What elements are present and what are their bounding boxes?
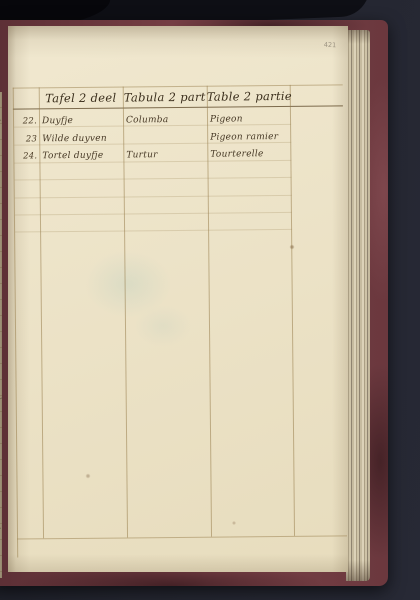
cell-french: Pigeon ramier (210, 131, 278, 144)
photo-background: 421 Tafel 2 deel Tabula 2 part (0, 0, 420, 600)
handwriting-fragment (0, 521, 1, 531)
cell-dutch: Tortel duyfje (42, 150, 103, 163)
handwriting-fragment (0, 391, 2, 401)
row-number: 23 (16, 133, 37, 145)
grid-hline-bottom (17, 535, 347, 539)
manuscript-page: 421 Tafel 2 deel Tabula 2 part (8, 26, 348, 572)
col-header-french: Table 2 partie (207, 87, 290, 106)
book-cover: 421 Tafel 2 deel Tabula 2 part (0, 20, 388, 586)
cell-dutch: Wilde duyven (42, 133, 107, 146)
cell-latin: Columba (126, 114, 169, 126)
handwriting-fragment (0, 113, 1, 123)
ruled-line (15, 195, 292, 199)
facing-page-edge (0, 92, 2, 578)
row-number: 24. (16, 150, 37, 162)
cell-dutch: Duyfje (42, 115, 73, 127)
cell-french: Pigeon (210, 113, 243, 125)
ruled-line (15, 212, 292, 216)
grid-vline-4 (290, 85, 295, 536)
cell-french: Tourterelle (210, 148, 263, 161)
cell-latin: Turtur (126, 149, 157, 161)
col-header-latin: Tabula 2 part (123, 88, 207, 107)
ledger-table: Tafel 2 deel Tabula 2 part Table 2 parti… (5, 24, 350, 573)
col-header-dutch: Tafel 2 deel (39, 89, 123, 108)
row-number: 22. (16, 115, 37, 127)
ruled-line (15, 177, 292, 181)
ruled-line (15, 229, 292, 233)
